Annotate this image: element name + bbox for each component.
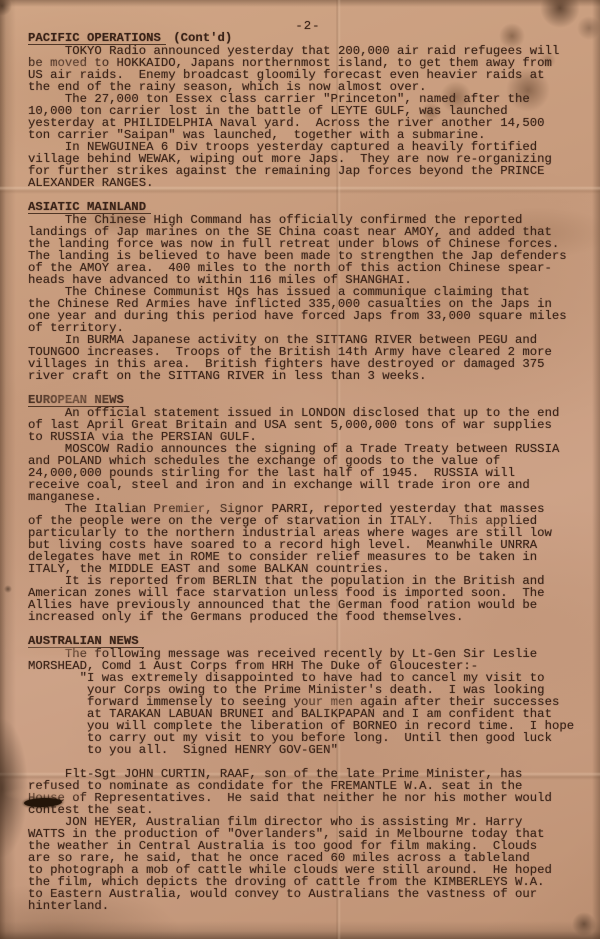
paragraph: In NEWGUINEA 6 Div troops yesterday capt… bbox=[28, 141, 588, 189]
paragraph: The 27,000 ton Essex class carrier "Prin… bbox=[28, 93, 588, 141]
blockquote-gloucester-message: "I was extremely disappointed to have ha… bbox=[28, 672, 588, 756]
paragraph: The following message was received recen… bbox=[28, 648, 588, 672]
scanned-document-page: -2- PACIFIC OPERATIONS (Cont'd) TOKYO Ra… bbox=[0, 0, 600, 939]
section-pacific-operations: PACIFIC OPERATIONS (Cont'd) TOKYO Radio … bbox=[28, 32, 588, 189]
paragraph: The Italian Premier, Signor PARRI, repor… bbox=[28, 503, 588, 575]
section-asiatic-mainland: ASIATIC MAINLAND The Chinese High Comman… bbox=[28, 201, 588, 382]
paragraph: It is reported from BERLIN that the popu… bbox=[28, 575, 588, 623]
paragraph: The Chinese High Command has officially … bbox=[28, 214, 588, 286]
typewritten-content: -2- PACIFIC OPERATIONS (Cont'd) TOKYO Ra… bbox=[28, 20, 588, 912]
paragraph: An official statement issued in LONDON d… bbox=[28, 407, 588, 443]
paragraph: Flt-Sgt JOHN CURTIN, RAAF, son of the la… bbox=[28, 768, 588, 816]
paragraph: TOKYO Radio announced yesterday that 200… bbox=[28, 45, 588, 93]
paragraph: The Chinese Communist HQs has issued a c… bbox=[28, 286, 588, 334]
section-australian-news: AUSTRALIAN NEWS The following message wa… bbox=[28, 635, 588, 912]
section-european-news: EUROPEAN NEWS An official statement issu… bbox=[28, 394, 588, 623]
paragraph: JON HEYER, Australian film director who … bbox=[28, 816, 588, 912]
paragraph: In BURMA Japanese activity on the SITTAN… bbox=[28, 334, 588, 382]
paragraph: MOSCOW Radio announces the signing of a … bbox=[28, 443, 588, 503]
section-heading-suffix: (Cont'd) bbox=[166, 31, 232, 45]
